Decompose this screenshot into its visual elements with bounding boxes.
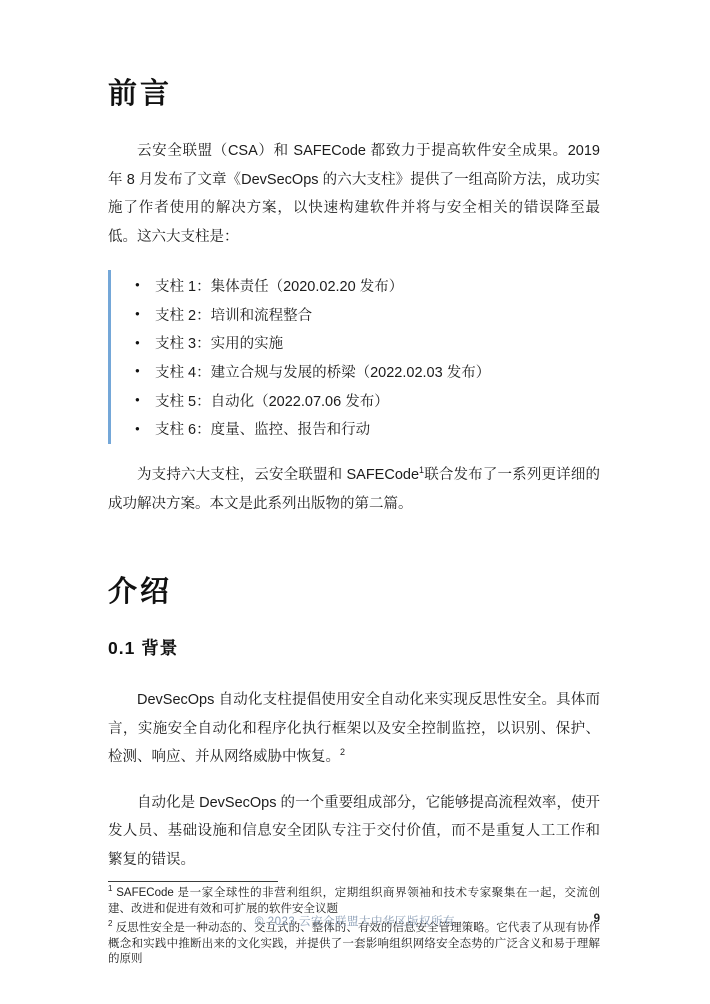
pillar-label: 支柱 2：培训和流程整合 bbox=[155, 304, 312, 325]
introduction-heading: 介绍 bbox=[108, 574, 600, 610]
pillar-label: 支柱 4：建立合规与发展的桥梁（2022.02.03 发布） bbox=[155, 361, 490, 382]
list-item: ● 支柱 2：培训和流程整合 bbox=[111, 300, 600, 329]
pillar-label: 支柱 3：实用的实施 bbox=[155, 332, 283, 353]
list-item: ● 支柱 6：度量、监控、报告和行动 bbox=[111, 414, 600, 443]
series-paragraph: 为支持六大支柱，云安全联盟和 SAFECode1联合发布了一系列更详细的成功解决… bbox=[108, 461, 600, 518]
background-subheading: 0.1 背景 bbox=[108, 636, 600, 660]
bullet-icon: ● bbox=[135, 339, 155, 347]
background-paragraph-2: 自动化是 DevSecOps 的一个重要组成部分，它能够提高流程效率，使开发人员… bbox=[108, 789, 600, 875]
document-page: 前言 云安全联盟（CSA）和 SAFECode 都致力于提高软件安全成果。201… bbox=[0, 0, 710, 1004]
pillar-label: 支柱 6：度量、监控、报告和行动 bbox=[155, 418, 370, 439]
bullet-icon: ● bbox=[135, 367, 155, 375]
series-paragraph-text: 为支持六大支柱，云安全联盟和 SAFECode bbox=[137, 467, 419, 483]
background-paragraph-1-text: DevSecOps 自动化支柱提倡使用安全自动化来实现反思性安全。具体而言，实施… bbox=[108, 692, 600, 765]
list-item: ● 支柱 1：集体责任（2020.02.20 发布） bbox=[111, 271, 600, 300]
footer-copyright: © 2023 云安全联盟大中华区版权所有 bbox=[0, 913, 710, 929]
preface-heading: 前言 bbox=[108, 0, 600, 112]
list-item: ● 支柱 4：建立合规与发展的桥梁（2022.02.03 发布） bbox=[111, 357, 600, 386]
list-item: ● 支柱 3：实用的实施 bbox=[111, 328, 600, 357]
pillar-label: 支柱 5：自动化（2022.07.06 发布） bbox=[155, 390, 389, 411]
pillar-list: ● 支柱 1：集体责任（2020.02.20 发布） ● 支柱 2：培训和流程整… bbox=[108, 270, 600, 444]
bullet-icon: ● bbox=[135, 396, 155, 404]
page-number: 9 bbox=[594, 913, 600, 925]
footnote-separator bbox=[108, 881, 278, 882]
background-paragraph-1: DevSecOps 自动化支柱提倡使用安全自动化来实现反思性安全。具体而言，实施… bbox=[108, 686, 600, 772]
page-content: 前言 云安全联盟（CSA）和 SAFECode 都致力于提高软件安全成果。201… bbox=[0, 0, 710, 968]
footnote-1-text: SAFECode 是一家全球性的非营利组织，定期组织商界领袖和技术专家聚集在一起… bbox=[108, 887, 600, 915]
pillar-label: 支柱 1：集体责任（2020.02.20 发布） bbox=[155, 275, 403, 296]
bullet-icon: ● bbox=[135, 310, 155, 318]
bullet-icon: ● bbox=[135, 281, 155, 289]
page-footer: © 2023 云安全联盟大中华区版权所有 9 bbox=[0, 913, 710, 929]
bullet-icon: ● bbox=[135, 425, 155, 433]
preface-paragraph: 云安全联盟（CSA）和 SAFECode 都致力于提高软件安全成果。2019 年… bbox=[108, 137, 600, 251]
footnote-ref-2: 2 bbox=[340, 747, 345, 757]
list-item: ● 支柱 5：自动化（2022.07.06 发布） bbox=[111, 386, 600, 415]
footnote-1-marker: 1 bbox=[108, 884, 112, 893]
